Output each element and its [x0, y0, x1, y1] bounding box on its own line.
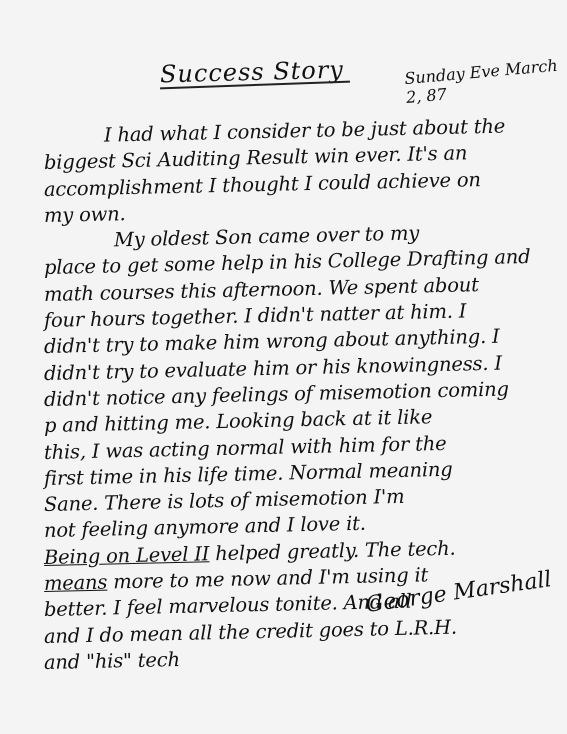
- letter-page: Success Story Sunday Eve March 2, 87 I h…: [0, 0, 567, 734]
- underlined-phrase: Being on Level II: [44, 542, 210, 569]
- line-rest: helped greatly. The tech.: [209, 536, 456, 565]
- letter-date: Sunday Eve March 2, 87: [404, 55, 567, 107]
- underlined-word: means: [44, 571, 108, 595]
